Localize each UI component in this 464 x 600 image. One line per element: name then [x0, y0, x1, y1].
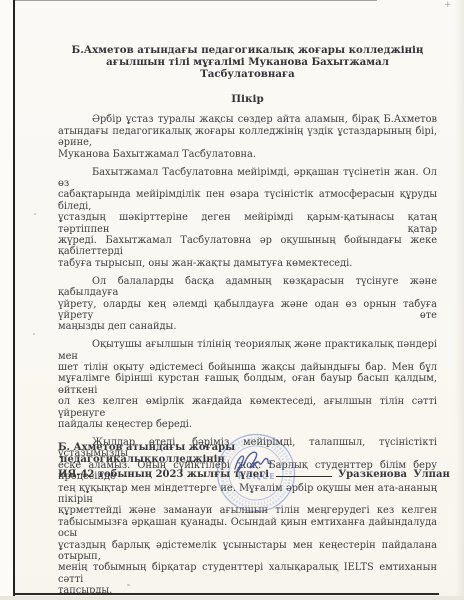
text-line: пайдалы кеңестер береді. — [58, 419, 437, 430]
signature-name: Уразкенова Улпан — [338, 469, 450, 480]
text-line: Муканова Бахытжамал Тасбулатовна. — [58, 149, 437, 160]
scan-corner-mark: + — [444, 0, 452, 10]
text-line: мұғалімге бірінші курстан ғашық болдым, … — [58, 373, 437, 396]
scan-speckle — [33, 333, 35, 335]
paragraph: Әрбір ұстаз туралы жақсы сөздер айта ала… — [58, 114, 437, 160]
scan-edge-left-line — [13, 0, 15, 596]
text-line: маңызды деп санайды. — [58, 321, 437, 332]
scan-margin-left — [0, 0, 13, 600]
text-line: үйрету, оларды кең әлемді қабылдауға жән… — [58, 299, 437, 322]
paragraph: Ол балаларды басқа адамның көзқарасын тү… — [58, 276, 437, 333]
paragraph: Бахытжамал Тасбулатовна мейірімді, әрқаш… — [58, 167, 437, 270]
scan-right-shadow — [455, 0, 464, 596]
text-line: ұстаздың барлық әдістемелік ұсыныстары м… — [58, 540, 437, 563]
text-line: жүреді. Бахытжамал Тасбулатовна әр оқушы… — [58, 235, 437, 258]
text-line: сабақтарында мейірімділік пен өзара түсі… — [58, 189, 437, 212]
text-line: шет тілін оқыту әдістемесі бойынша жақсы… — [58, 362, 437, 373]
text-line: табысымызға әрқашан қуанады. Осындай қиы… — [58, 517, 437, 540]
scanned-document-page: + Б.Ахметов атындағы педагогикалық жоғар… — [0, 0, 464, 600]
review-paragraphs: Әрбір ұстаз туралы жақсы сөздер айта ала… — [58, 114, 437, 596]
text-line: тең құқықтар мен міндеттерге ие. Мұғалім… — [58, 483, 437, 506]
handwritten-signature — [231, 448, 285, 480]
text-line: Оқытушы ағылшын тілінің теориялық және п… — [58, 339, 437, 362]
text-line: Әрбір ұстаз туралы жақсы сөздер айта ала… — [58, 114, 437, 125]
scan-edge-top-line — [15, 0, 377, 1]
document-title: Пікір — [58, 94, 437, 105]
paragraph: Оқытушы ағылшын тілінің теориялық және п… — [58, 339, 437, 430]
text-line: Ол балаларды басқа адамның көзқарасын тү… — [58, 276, 437, 299]
text-line: құрметтейді және заманауи ағылшын тілін … — [58, 505, 437, 516]
scan-speckle — [34, 213, 36, 215]
text-line: менің тобымның бірқатар студенттері халы… — [58, 562, 437, 585]
text-line: атындағы педагогикалық жоғары колледжіні… — [58, 126, 437, 149]
header-line-2: ағылшын тілі мұғалімі Муканова Бахытжама… — [58, 56, 437, 80]
text-line: ұстаздың шәкірттеріне деген мейірімді қа… — [58, 212, 437, 235]
text-line: тапсырды. — [58, 585, 437, 596]
header-line-1: Б.Ахметов атындағы педагогикалық жоғары … — [58, 44, 437, 56]
text-line: табуға тырысып, оны жан-жақты дамытуға к… — [58, 258, 437, 269]
document-body: Б.Ахметов атындағы педагогикалық жоғары … — [58, 44, 437, 600]
text-line: Бахытжамал Тасбулатовна мейірімді, әрқаш… — [58, 167, 437, 190]
recipient-header: Б.Ахметов атындағы педагогикалық жоғары … — [58, 44, 437, 80]
text-line: ол кез келген өмірлік жағдайда көмектесе… — [58, 396, 437, 419]
